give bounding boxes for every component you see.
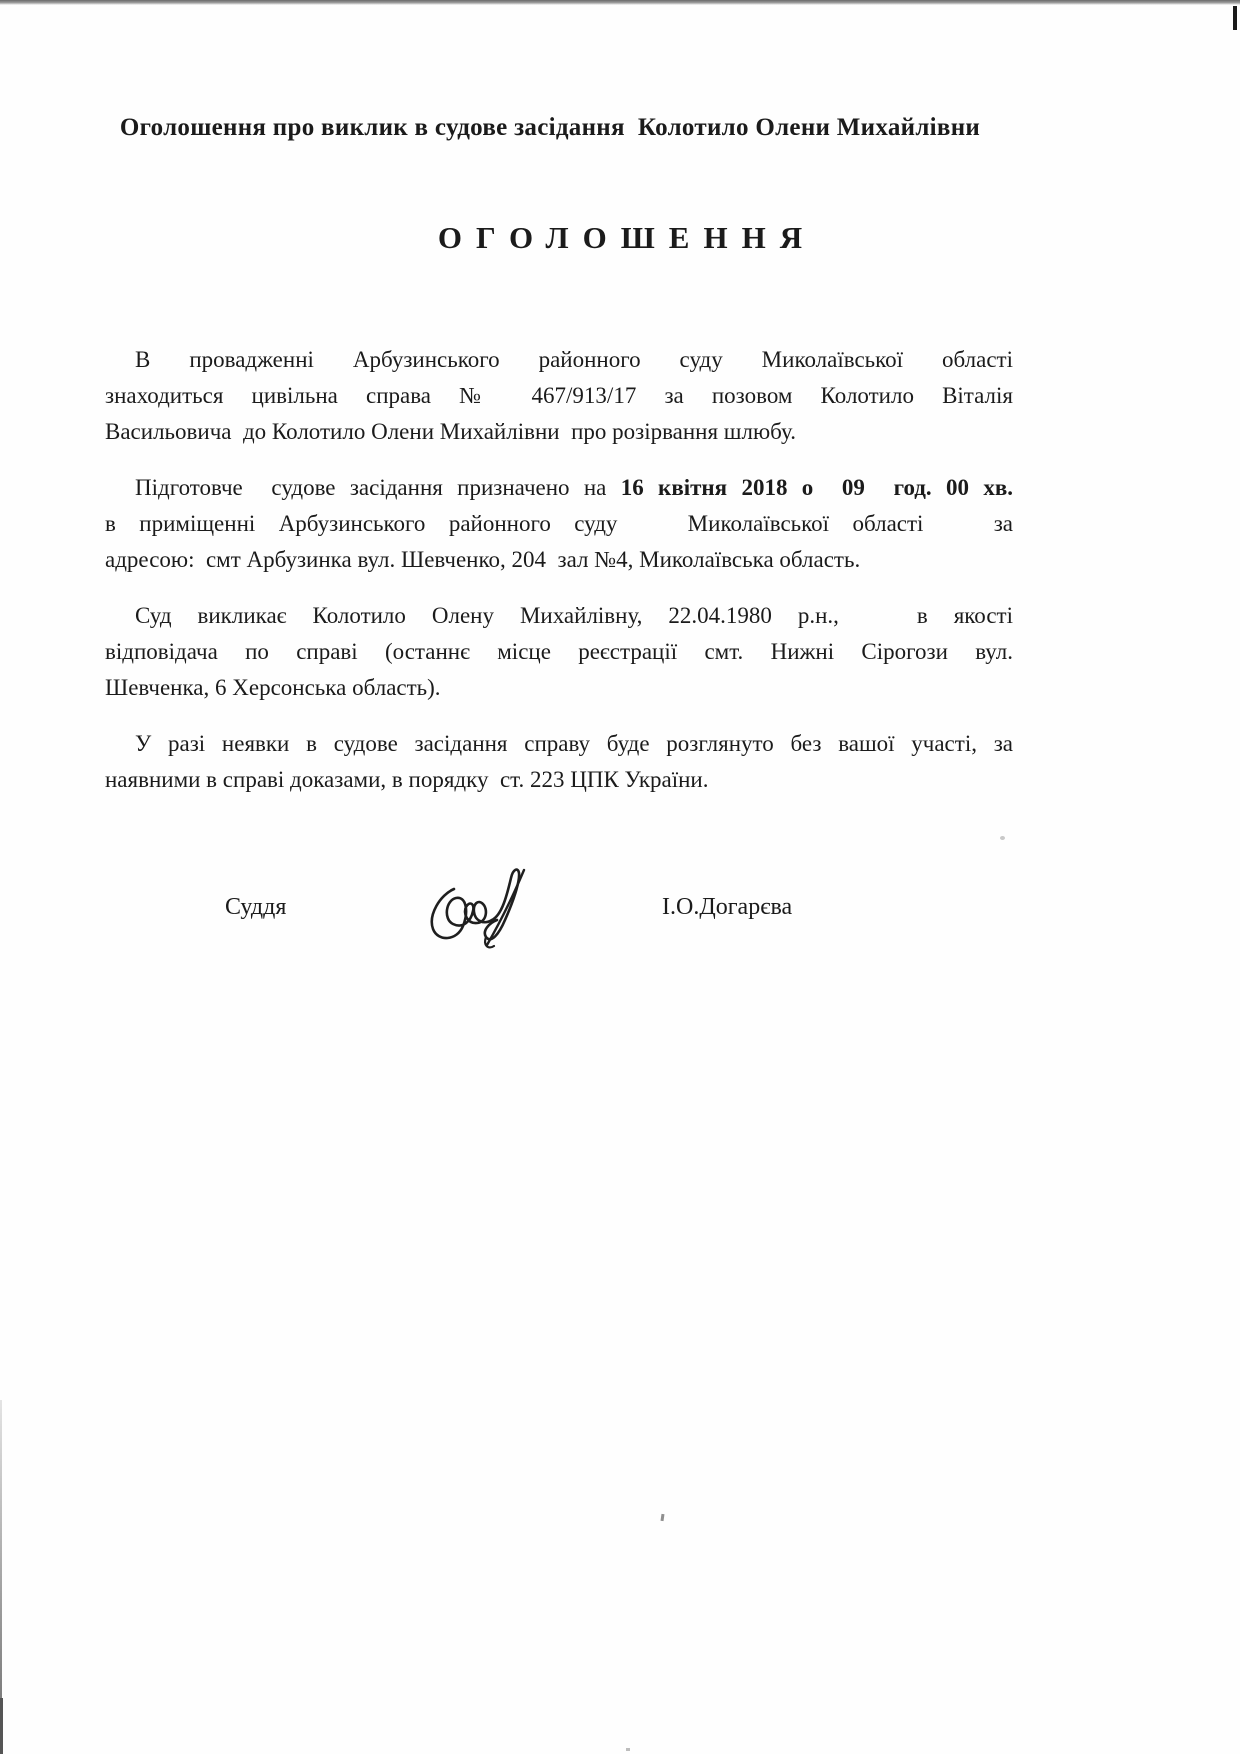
scan-speck	[661, 1514, 665, 1521]
scan-speck	[1000, 836, 1005, 840]
paragraph-case-info: В провадженні Арбузинського районного су…	[105, 342, 1013, 450]
paragraph-line: В провадженні Арбузинського районного су…	[105, 342, 1013, 378]
paragraph-line: знаходиться цивільна справа № 467/913/17…	[105, 378, 1013, 414]
paragraph-line: Суд викликає Колотило Олену Михайлівну, …	[105, 598, 1013, 634]
document-heading: ОГОЛОШЕННЯ	[0, 220, 1240, 256]
paragraph-summons: Суд викликає Колотило Олену Михайлівну, …	[105, 598, 1013, 706]
scan-artifact-top-right-tick	[1233, 6, 1237, 30]
scan-edge-artifact-bottom-left	[0, 1698, 3, 1754]
scan-edge-artifact-top	[0, 0, 1240, 5]
paragraph-absence-warning: У разі неявки в судове засідання справу …	[105, 726, 1013, 798]
paragraph-line: Підготовче судове засідання призначено н…	[105, 470, 1013, 506]
judge-role-label: Суддя	[225, 894, 286, 921]
handwritten-signature-image	[420, 862, 550, 954]
paragraph-line: Васильовича до Колотило Олени Михайлівни…	[105, 414, 1013, 450]
hearing-text: Підготовче судове засідання призначено н…	[135, 475, 621, 500]
paragraph-hearing-schedule: Підготовче судове засідання призначено н…	[105, 470, 1013, 578]
judge-name: І.О.Догарєва	[662, 894, 792, 921]
paragraph-line: в приміщенні Арбузинського районного суд…	[105, 506, 1013, 542]
paragraph-line: адресою: смт Арбузинка вул. Шевченко, 20…	[105, 542, 1013, 578]
paragraph-line: Шевченка, 6 Херсонська область).	[105, 670, 1013, 706]
paragraph-line: наявними в справі доказами, в порядку ст…	[105, 762, 1013, 798]
document-title: Оголошення про виклик в судове засідання…	[55, 114, 1045, 142]
scan-speck	[626, 1748, 630, 1751]
paragraph-line: відповідача по справі (останнє місце реє…	[105, 634, 1013, 670]
hearing-date-bold: 16 квітня 2018 о 09 год. 00 хв.	[621, 475, 1013, 500]
document-body: В провадженні Арбузинського районного су…	[105, 342, 1013, 818]
scanned-court-document-page: Оголошення про виклик в судове засідання…	[0, 0, 1240, 1754]
paragraph-line: У разі неявки в судове засідання справу …	[105, 726, 1013, 762]
